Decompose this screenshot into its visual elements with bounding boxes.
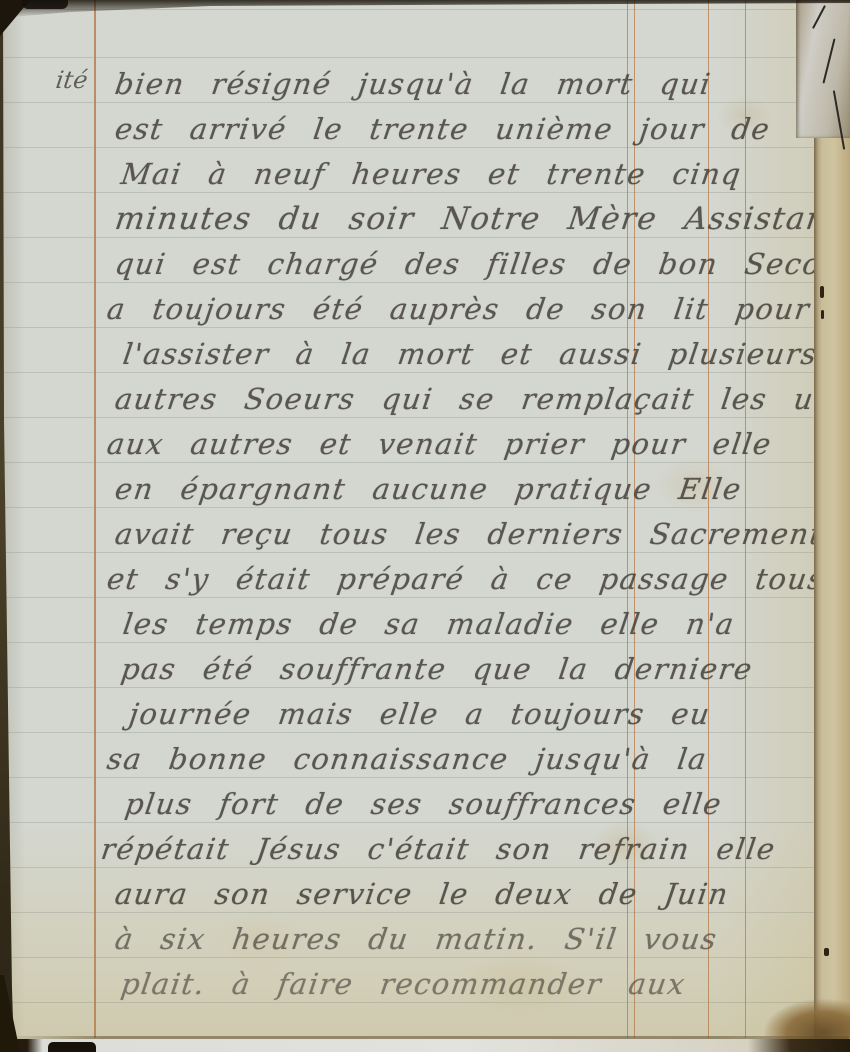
handwriting-line: répétait Jésus c'était son refrain elle [0,827,850,872]
handwriting-line: les temps de sa maladie elle n'a [0,602,850,647]
edge-speck [824,948,829,956]
handwriting-text: bien résigné jusqu'à la mort quiest arri… [0,62,850,1007]
dark-spot-bottom [48,1042,96,1052]
handwriting-line: et s'y était préparé à ce passage tous [0,557,850,602]
handwriting-line: plait. à faire recommander aux [0,962,850,1007]
handwriting-line: pas été souffrante que la derniere [0,647,850,692]
handwriting-line: qui est chargé des filles de bon Secour [0,242,850,287]
handwriting-line: plus fort de ses souffrances elle [0,782,850,827]
handwriting-line: avait reçu tous les derniers Sacrements [0,512,850,557]
edge-speck [820,286,824,298]
handwriting-line: autres Soeurs qui se remplaçait les unes [0,377,850,422]
handwriting-line: Mai à neuf heures et trente cinq [0,152,850,197]
handwriting-line: aux autres et venait prier pour elle [0,422,850,467]
handwriting-line: en épargnant aucune pratique Elle [0,467,850,512]
handwriting-line: est arrivé le trente unième jour de [0,107,850,152]
notebook-page-scan: ité bien résigné jusqu'à la mort quiest … [0,0,850,1052]
next-page-strip-bottom [0,1039,850,1052]
handwriting-line: bien résigné jusqu'à la mort qui [0,62,850,107]
handwriting-line: minutes du soir Notre Mère Assistante [0,197,850,242]
handwriting-line: sa bonne connaissance jusqu'à la [0,737,850,782]
page-edge-right [814,130,850,1052]
notebook-page: ité bien résigné jusqu'à la mort quiest … [0,0,850,1052]
edge-speck [821,310,824,319]
handwriting-line: a toujours été auprès de son lit pour [0,287,850,332]
handwriting-line: l'assister à la mort et aussi plusieurs [0,332,850,377]
dark-spot-top [22,0,68,9]
handwriting-line: à six heures du matin. S'il vous [0,917,850,962]
crumpled-corner-top-right [796,0,850,138]
handwriting-line: aura son service le deux de Juin [0,872,850,917]
handwriting-line: journée mais elle a toujours eu [0,692,850,737]
page-top-edge-shadow [0,0,850,18]
